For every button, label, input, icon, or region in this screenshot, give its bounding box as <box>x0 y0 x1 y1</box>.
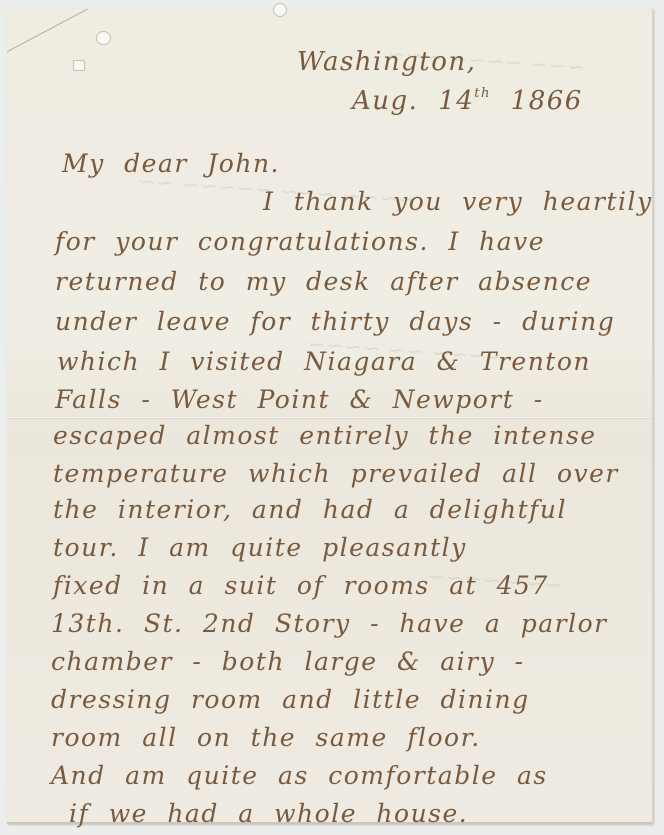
letter-line: tour. I am quite pleasantly <box>53 533 467 562</box>
letter-line: temperature which prevailed all over <box>53 459 619 488</box>
letter-line: 13th. St. 2nd Story - have a parlor <box>51 609 608 638</box>
letter-line: for your congratulations. I have <box>55 227 545 256</box>
letter-salutation: My dear John. <box>62 149 280 178</box>
letter-line: dressing room and little dining <box>51 685 530 714</box>
letter-place: Washington, <box>297 47 476 77</box>
letter-line: And am quite as comfortable as <box>51 761 548 790</box>
letter-line: escaped almost entirely the intense <box>53 421 597 450</box>
paper-hole <box>273 3 287 17</box>
letter-line: under leave for thirty days - during <box>55 307 615 336</box>
letter-line: I thank you very heartily <box>263 187 653 216</box>
letter-line: the interior, and had a delightful <box>53 495 567 524</box>
fold-crease <box>7 417 652 419</box>
letter-line: if we had a whole house. <box>69 799 468 828</box>
letter-line: returned to my desk after absence <box>55 267 592 296</box>
letter-page: ~~~ ~~~~ ~~~ ~~~~ ~~~ ~~~~~ ~~ ~~~~ ~~ ~… <box>7 9 653 824</box>
letter-line: fixed in a suit of rooms at 457 <box>53 571 549 600</box>
letter-line: room all on the same floor. <box>51 723 481 752</box>
letter-line: which I visited Niagara & Trenton <box>57 347 591 376</box>
corner-crease <box>7 9 97 59</box>
paper-hole <box>96 31 111 45</box>
letter-date: Aug. 14th 1866 <box>352 86 583 116</box>
letter-line: chamber - both large & airy - <box>51 647 525 676</box>
paper-hole <box>73 60 85 71</box>
letter-line: Falls - West Point & Newport - <box>55 385 544 414</box>
